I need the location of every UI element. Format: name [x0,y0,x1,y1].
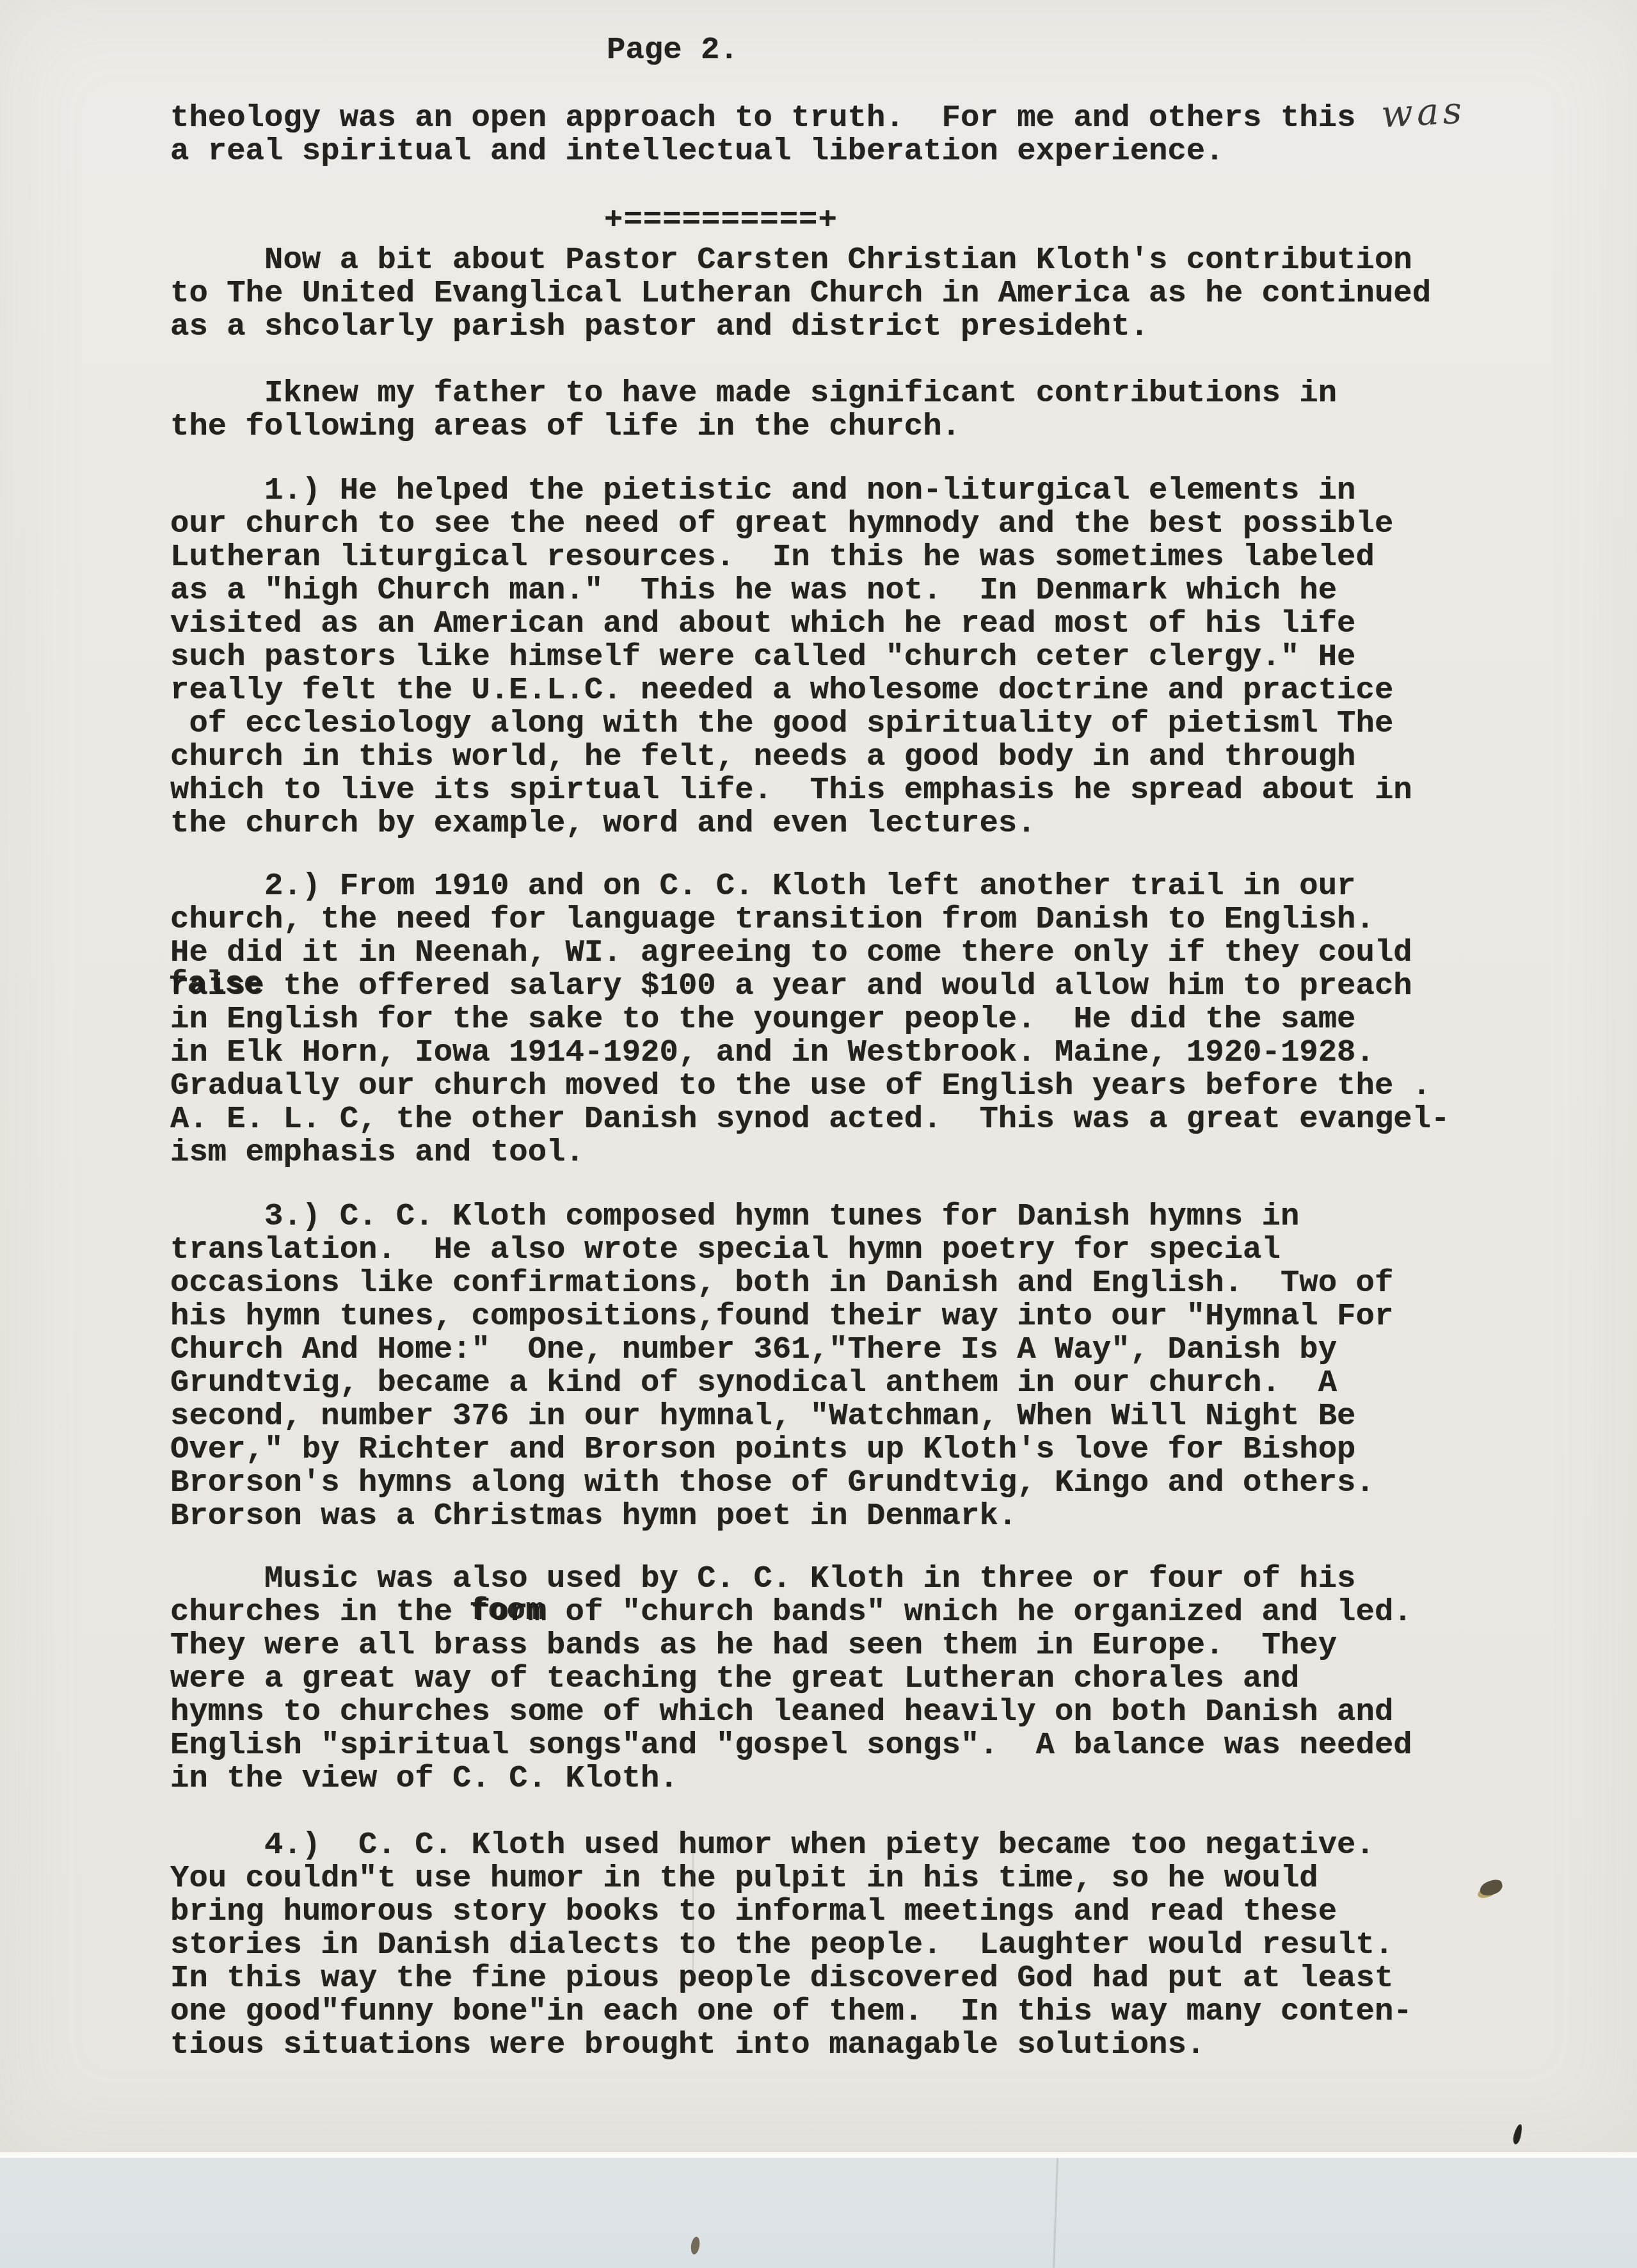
paragraph-item-4-humor: 4.) C. C. Kloth used humor when piety be… [170,1828,1565,2061]
paragraph-intro: theology was an open approach to truth. … [170,101,1565,168]
page-number-heading: Page 2. [607,33,739,67]
typed-divider: +==========+ [604,204,838,237]
paragraph-about-kloth: Now a bit about Pastor Carsten Christian… [170,243,1565,343]
paragraph-music-bands: Music was also used by C. C. Kloth in th… [170,1562,1565,1795]
paragraph-item-2-language: 2.) From 1910 and on C. C. Kloth left an… [170,869,1565,1169]
handwritten-word-was: was [1380,92,1467,133]
overstrike-correction-form: foom [469,1594,545,1627]
scanner-bed-background [0,2158,1637,2268]
scanned-document: Page 2. theology was an open approach to… [0,0,1637,2268]
paragraph-item-3-hymns: 3.) C. C. Kloth composed hymn tunes for … [170,1200,1565,1532]
paragraph-father-contributions: Iknew my father to have made significant… [170,376,1565,443]
paragraph-item-1-liturgy: 1.) He helped the pietistic and non-litu… [170,474,1565,840]
scan-scratch-artifact [692,1842,694,1977]
overstrike-correction-salary: false [168,967,263,1001]
